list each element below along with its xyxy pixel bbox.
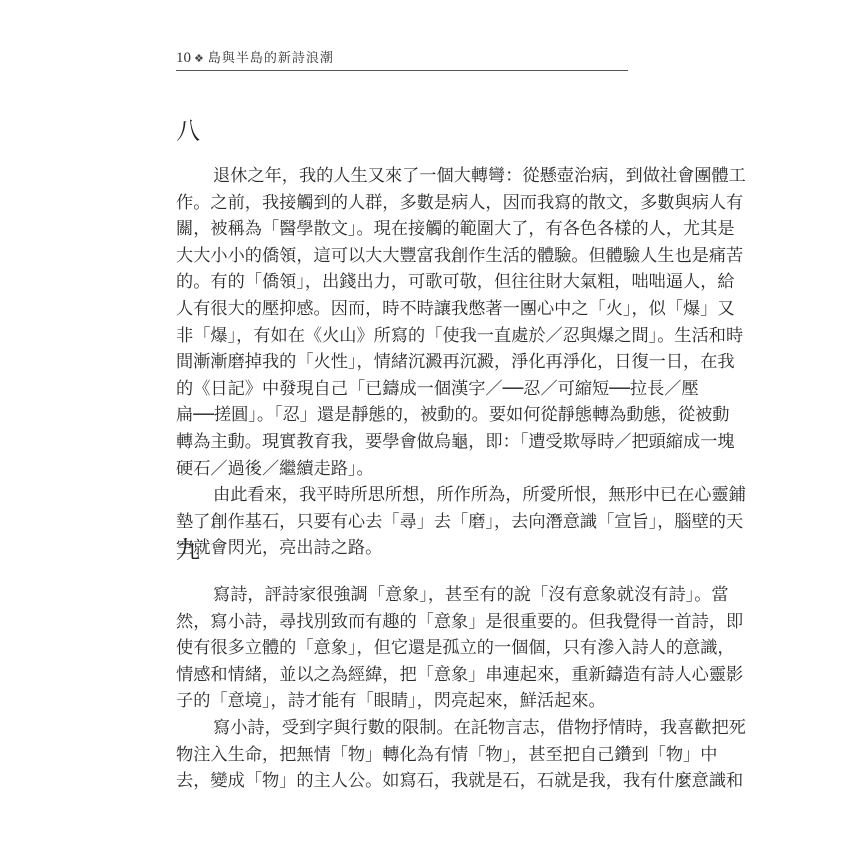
text-line: 然，寫小詩，尋找別致而有趣的「意象」是很重要的。但我覺得一首詩，即 xyxy=(176,609,632,636)
section-heading-9: 九 xyxy=(176,536,200,564)
text-line: 關，被稱為「醫學散文」。現在接觸的範圍大了，有各色各樣的人，尤其是 xyxy=(176,216,632,243)
text-line: 由此看來，我平時所思所想，所作所為，所愛所恨，無形中已在心靈鋪 xyxy=(176,482,632,509)
text-line: 扁──搓圓」。「忍」還是靜態的，被動的。要如何從靜態轉為動態，從被動 xyxy=(176,402,632,429)
section-body-8: 退休之年，我的人生又來了一個大轉彎：從懸壺治病，到做社會團體工作。之前，我接觸到… xyxy=(176,163,632,562)
text-line: 非「爆」，有如在《火山》所寫的「使我一直處於／忍與爆之間」。生活和時 xyxy=(176,323,632,350)
section-body-9: 寫詩，評詩家很強調「意象」，甚至有的說「沒有意象就沒有詩」。當然，寫小詩，尋找別… xyxy=(176,582,632,795)
text-line: 情感和情緒，並以之為經緯，把「意象」串連起來，重新鑄造有詩人心靈影 xyxy=(176,662,632,689)
text-line: 轉為主動。現實教育我，要學會做烏龜，即：「遭受欺辱時／把頭縮成一塊 xyxy=(176,429,632,456)
text-line: 子的「意境」，詩才能有「眼睛」，閃亮起來，鮮活起來。 xyxy=(176,688,632,715)
ornament-icon: ❖ xyxy=(194,52,204,65)
text-line: 墊了創作基石，只要有心去「尋」去「磨」，去向潛意識「宣旨」，腦壁的天 xyxy=(176,509,632,536)
text-line: 的《日記》中發現自己「已鑄成一個漢字／──忍／可縮短──拉長／壓 xyxy=(176,376,632,403)
page-number: 10 xyxy=(176,50,191,66)
text-line: 物注入生命，把無情「物」轉化為有情「物」，甚至把自己鑽到「物」中 xyxy=(176,742,632,769)
text-line: 的。有的「僑領」，出錢出力，可歌可敬，但往往財大氣粗，咄咄逼人，給 xyxy=(176,269,632,296)
header-rule xyxy=(176,70,628,71)
text-line: 空就會閃光，亮出詩之路。 xyxy=(176,535,632,562)
text-line: 退休之年，我的人生又來了一個大轉彎：從懸壺治病，到做社會團體工 xyxy=(176,163,632,190)
text-line: 去，變成「物」的主人公。如寫石，我就是石，石就是我，我有什麼意識和 xyxy=(176,768,632,795)
text-line: 大大小小的僑領，這可以大大豐富我創作生活的體驗。但體驗人生也是痛苦 xyxy=(176,243,632,270)
text-line: 間漸漸磨掉我的「火性」，情緒沉澱再沉澱，淨化再淨化，日復一日，在我 xyxy=(176,349,632,376)
text-line: 作。之前，我接觸到的人群，多數是病人，因而我寫的散文，多數與病人有 xyxy=(176,190,632,217)
text-line: 人有很大的壓抑感。因而，時不時讓我憋著一團心中之「火」，似「爆」又 xyxy=(176,296,632,323)
book-title: 島與半島的新詩浪潮 xyxy=(208,51,334,66)
text-line: 寫詩，評詩家很強調「意象」，甚至有的說「沒有意象就沒有詩」。當 xyxy=(176,582,632,609)
running-header: 10❖島與半島的新詩浪潮 xyxy=(176,48,628,70)
text-line: 寫小詩，受到字與行數的限制。在託物言志，借物抒情時，我喜歡把死 xyxy=(176,715,632,742)
text-line: 硬石／過後／繼續走路」。 xyxy=(176,456,632,483)
section-heading-8: 八 xyxy=(176,117,200,145)
text-line: 使有很多立體的「意象」，但它還是孤立的一個個，只有滲入詩人的意識， xyxy=(176,635,632,662)
